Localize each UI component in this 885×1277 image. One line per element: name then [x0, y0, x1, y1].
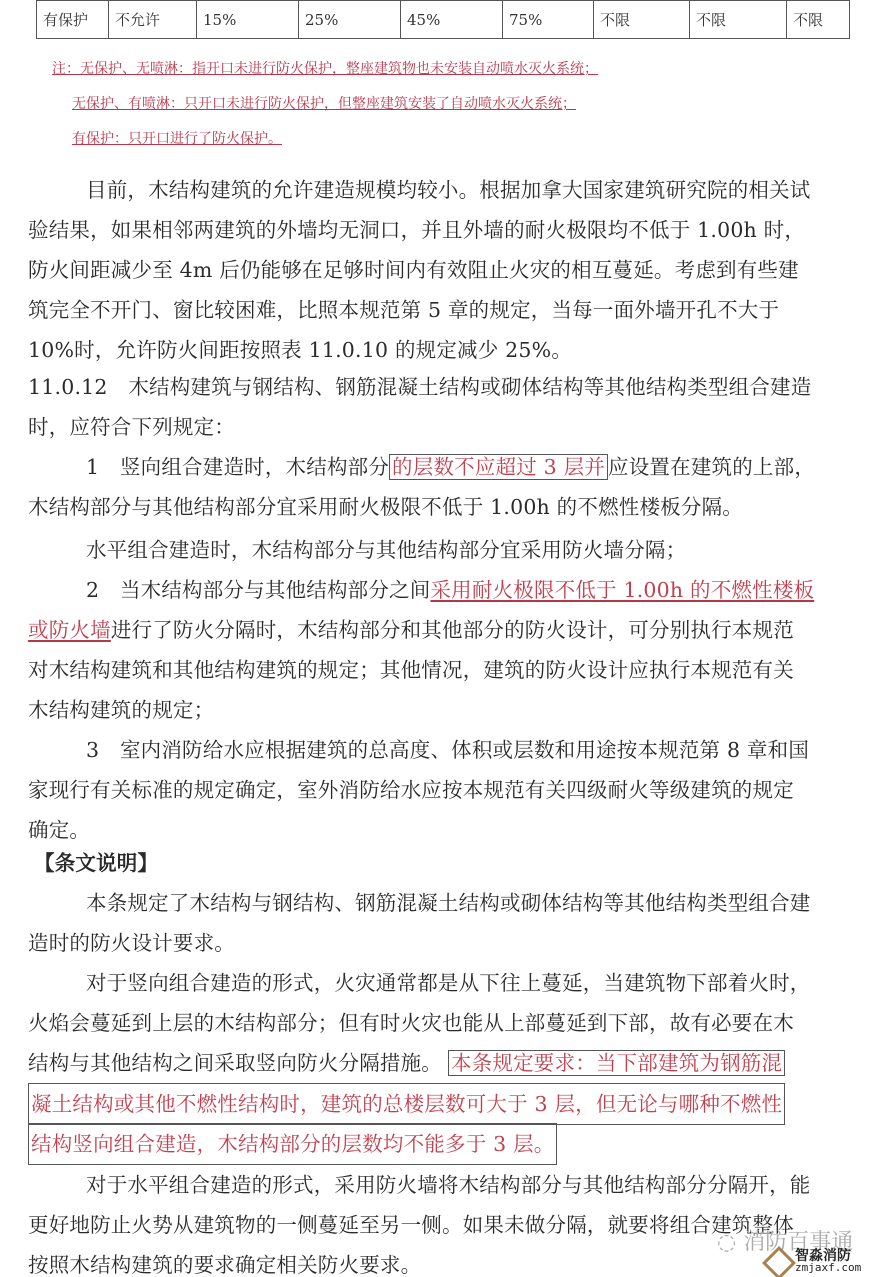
table-cell: 不允许 [109, 1, 197, 39]
text-line: 验结果，如果相邻两建筑的外墙均无洞口，并且外墙的耐火极限均不低于 1.00h 时… [28, 210, 805, 250]
text-line: 结构与其他结构之间采取竖向防火分隔措施。本条规定要求：当下部建筑为钢筋混 [28, 1043, 785, 1083]
text-line: 10%时，允许防火间距按照表 11.0.10 的规定减少 25%。 [28, 330, 572, 370]
note-line: 有保护：只开口进行了防火保护。 [72, 128, 282, 148]
text-line: 火焰会蔓延到上层的木结构部分；但有时火灾也能从上部蔓延到下部，故有必要在木 [28, 1003, 794, 1043]
text-line: 按照木结构建筑的要求确定相关防火要求。 [28, 1245, 421, 1277]
table-cell: 75% [503, 1, 594, 39]
text-line: 本条规定了木结构与钢结构、钢筋混凝土结构或砌体结构等其他结构类型组合建 [86, 883, 811, 923]
table-cell: 有保护 [37, 1, 109, 39]
clause-item-2: 2 当木结构部分与其他结构部分之间采用耐火极限不低于 1.00h 的不燃性楼板 [86, 570, 814, 610]
table-cell: 45% [401, 1, 503, 39]
highlight-box: 结构竖向组合建造，木结构部分的层数均不能多于 3 层。 [28, 1123, 557, 1165]
highlight-box: 本条规定要求：当下部建筑为钢筋混 [448, 1050, 785, 1076]
text-span: 结构与其他结构之间采取竖向防火分隔措施。 [28, 1051, 442, 1075]
red-underlined-text: 采用耐火极限不低于 1.00h 的不燃性楼板 [430, 578, 814, 602]
table-cell: 不限 [594, 1, 690, 39]
text-line: 对于水平组合建造的形式，采用防火墙将木结构部分与其他结构部分分隔开，能 [86, 1165, 811, 1205]
table-row: 有保护 不允许 15% 25% 45% 75% 不限 不限 不限 [37, 1, 850, 39]
red-underlined-text: 或防火墙 [28, 618, 111, 642]
fire-spacing-table: 有保护 不允许 15% 25% 45% 75% 不限 不限 不限 [36, 0, 850, 39]
text-line: 家现行有关标准的规定确定，室外消防给水应按本规范有关四级耐火等级建筑的规定 [28, 770, 794, 810]
wechat-icon: ◌ [717, 1230, 736, 1255]
table-cell: 25% [299, 1, 401, 39]
table-cell: 不限 [787, 1, 850, 39]
text-span: 2 当木结构部分与其他结构部分之间 [86, 578, 430, 602]
text-line: 目前，木结构建筑的允许建造规模均较小。根据加拿大国家建筑研究院的相关试 [86, 170, 811, 210]
text-span: 进行了防火分隔时，木结构部分和其他部分的防火设计，可分别执行本规范 [111, 618, 794, 642]
clause-item-1: 1 竖向组合建造时，木结构部分的层数不应超过 3 层并应设置在建筑的上部， [86, 447, 815, 487]
highlight-box: 的层数不应超过 3 层并 [389, 454, 608, 480]
text-line: 或防火墙进行了防火分隔时，木结构部分和其他部分的防火设计，可分别执行本规范 [28, 610, 794, 650]
table-cell: 不限 [690, 1, 787, 39]
text-line: 对木结构建筑和其他结构建筑的规定；其他情况，建筑的防火设计应执行本规范有关 [28, 650, 794, 690]
text-line: 对于竖向组合建造的形式，火灾通常都是从下往上蔓延，当建筑物下部着火时， [86, 963, 811, 1003]
text-span: 1 竖向组合建造时，木结构部分 [86, 455, 389, 479]
text-line: 木结构部分与其他结构部分宜采用耐火极限不低于 1.00h 的不燃性楼板分隔。 [28, 487, 743, 527]
text-line: 时，应符合下列规定： [28, 407, 235, 447]
section-heading: 【条文说明】 [34, 843, 158, 883]
text-line: 造时的防火设计要求。 [28, 923, 235, 963]
text-line: 筑完全不开门、窗比较困难，比照本规范第 5 章的规定，当每一面外墙开孔不大于 [28, 290, 779, 330]
text-line: 更好地防止火势从建筑物的一侧蔓延至另一侧。如果未做分隔，就要将组合建筑整体 [28, 1205, 794, 1245]
text-line: 水平组合建造时，木结构部分与其他结构部分宜采用防火墙分隔； [86, 530, 686, 570]
table-cell: 15% [197, 1, 299, 39]
brand-url: zmjaxf.com [795, 1261, 861, 1274]
clause-heading: 11.0.12 木结构建筑与钢结构、钢筋混凝土结构或砌体结构等其他结构类型组合建… [28, 367, 811, 407]
note-line: 无保护、有喷淋：只开口未进行防火保护，但整座建筑安装了自动喷水灭火系统； [72, 93, 576, 113]
text-line: 木结构建筑的规定； [28, 690, 214, 730]
text-span: 应设置在建筑的上部， [608, 455, 815, 479]
text-line: 防火间距减少至 4m 后仍能够在足够时间内有效阻止火灾的相互蔓延。考虑到有些建 [28, 250, 799, 290]
highlight-box: 凝土结构或其他不燃性结构时，建筑的总楼层数可大于 3 层，但无论与哪种不燃性 [28, 1083, 785, 1125]
watermark: ◌ 消防百事通 智淼消防 zmjaxf.com [697, 1225, 877, 1275]
clause-item-3: 3 室内消防给水应根据建筑的总高度、体积或层数和用途按本规范第 8 章和国 [86, 730, 809, 770]
note-line: 注：无保护、无喷淋：指开口未进行防火保护，整座建筑物也未安装自动喷水灭火系统； [52, 58, 598, 78]
